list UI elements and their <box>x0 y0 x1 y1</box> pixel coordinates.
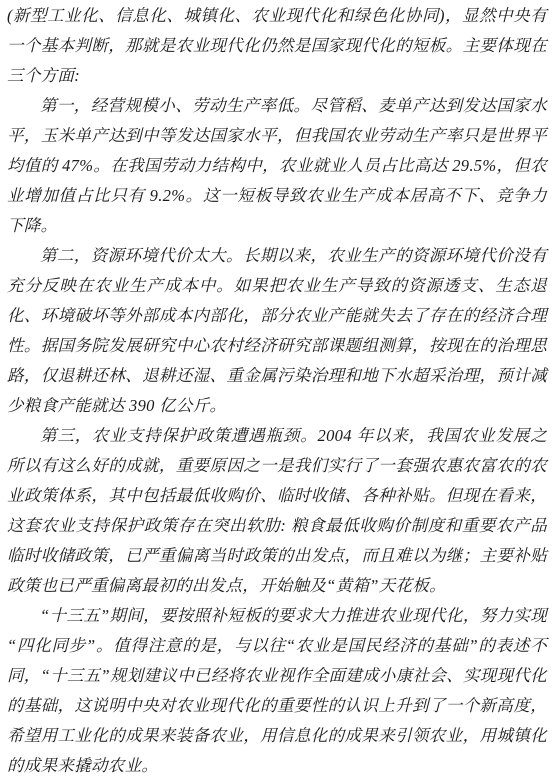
paragraph-point-1: 第一，经营规模小、劳动生产率低。尽管稻、麦单产达到发达国家水平，玉米单产达到中等… <box>7 91 547 241</box>
document-page: (新型工业化、信息化、城镇化、农业现代化和绿色化协同)，显然中央有一个基本判断，… <box>0 0 556 781</box>
paragraph-intro: (新型工业化、信息化、城镇化、农业现代化和绿色化协同)，显然中央有一个基本判断，… <box>7 1 547 91</box>
paragraph-point-2: 第二，资源环境代价太大。长期以来，农业生产的资源环境代价没有充分反映在农业生产成… <box>7 241 547 421</box>
paragraph-point-3: 第三，农业支持保护政策遭遇瓶颈。2004 年以来，我国农业发展之所以有这么好的成… <box>7 421 547 601</box>
paragraph-conclusion: “十三五”期间，要按照补短板的要求大力推进农业现代化，努力实现“四化同步”。值得… <box>7 601 547 781</box>
